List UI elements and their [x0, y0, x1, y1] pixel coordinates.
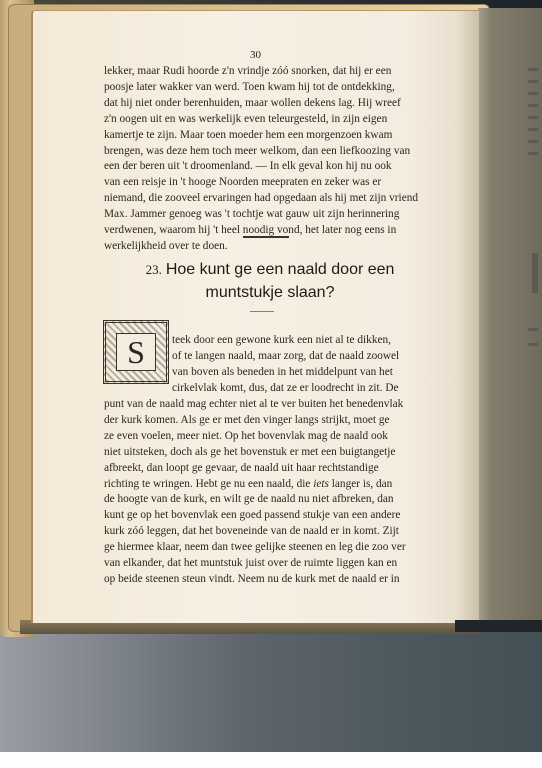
text-line: niet uitsteken, doch als ge het bovenstu…	[104, 445, 430, 461]
blur-mark	[528, 116, 538, 119]
blur-mark	[528, 152, 538, 155]
drop-cap-letter: S	[116, 333, 156, 371]
italic-word: iets	[313, 478, 329, 490]
blur-mark	[528, 128, 538, 131]
text-line-with-italic: richting te wringen. Hebt ge nu een naal…	[104, 477, 430, 493]
paragraph-2-indented: teek door een gewone kurk een niet al te…	[172, 333, 430, 397]
text-line: afbreekt, dan loopt ge gevaar, de naald …	[104, 461, 430, 477]
paragraph-2: punt van de naald mag echter niet al te …	[104, 397, 430, 588]
text-line: kurk zóó leggen, dat het boveneinde van …	[104, 524, 430, 540]
section-title-2: muntstukje slaan?	[110, 281, 430, 304]
facing-page-blur	[478, 8, 542, 624]
scan-background: 30 lekker, maar Rudi hoorde z'n vrindje …	[0, 0, 542, 752]
text-line: poosje later wakker van werd. Toen kwam …	[104, 80, 430, 96]
blur-mark	[528, 140, 538, 143]
ornamental-drop-cap: S	[103, 320, 169, 384]
text-line: niemand, die zooveel ervaringen had opge…	[104, 191, 430, 207]
text-span: richting te wringen. Hebt ge nu een naal…	[104, 478, 313, 490]
page-number: 30	[250, 49, 261, 61]
text-line: kunt ge op het bovenvlak een goed passen…	[104, 508, 430, 524]
bottom-shadow	[455, 620, 542, 632]
text-line: ze even voelen, meer niet. Op het bovenv…	[104, 429, 430, 445]
blur-mark	[528, 328, 538, 331]
text-line: teek door een gewone kurk een niet al te…	[172, 333, 430, 349]
text-line: lekker, maar Rudi hoorde z'n vrindje zóó…	[104, 64, 430, 80]
text-line: punt van de naald mag echter niet al te …	[104, 397, 430, 413]
blur-mark	[532, 253, 538, 293]
text-line: Max. Jammer genoeg was 't tochtje wat ga…	[104, 207, 430, 223]
blur-mark	[528, 80, 538, 83]
text-line: z'n oogen uit en was werkelijk even tele…	[104, 112, 430, 128]
text-line: dat hij niet onder berenhuiden, maar wol…	[104, 96, 430, 112]
text-line: de hoogte van de kurk, en wilt ge de naa…	[104, 492, 430, 508]
paragraph-1: lekker, maar Rudi hoorde z'n vrindje zóó…	[104, 64, 430, 255]
text-line: der kurk komen. Als ge er met den vinger…	[104, 413, 430, 429]
text-line: kamertje te zijn. Maar toen moeder hem e…	[104, 128, 430, 144]
section-number: 23.	[146, 262, 162, 277]
text-line: cirkelvlak komt, dus, dat ze er loodrech…	[172, 381, 430, 397]
section-title-1: Hoe kunt ge een naald door een	[166, 261, 395, 278]
section-heading: 23.Hoe kunt ge een naald door een muntst…	[110, 258, 430, 304]
text-line: ge hiermee klaar, neem dan twee gelijke …	[104, 540, 430, 556]
heading-underline	[250, 311, 274, 312]
blur-mark	[528, 68, 538, 71]
text-line: van een reisje in 't hooge Noorden meepr…	[104, 175, 430, 191]
text-line: van elkander, dat het muntstuk juist ove…	[104, 556, 430, 572]
text-line: van boven als beneden in het middelpunt …	[172, 365, 430, 381]
section-divider	[243, 236, 289, 238]
text-line: een der beren uit 't droomenland. — In e…	[104, 159, 430, 175]
bottom-margin	[0, 752, 542, 768]
text-line: brengen, was deze hem toch meer welkom, …	[104, 144, 430, 160]
heading-line-1: 23.Hoe kunt ge een naald door een	[110, 258, 430, 281]
blur-mark	[528, 343, 538, 346]
text-line: op beide steenen steun vindt. Neem nu de…	[104, 572, 430, 588]
blur-mark	[528, 92, 538, 95]
text-span: langer is, dan	[329, 478, 392, 490]
text-line: werkelijkheid over te doen.	[104, 239, 430, 255]
text-line: of te langen naald, maar zorg, dat de na…	[172, 349, 430, 365]
blur-mark	[528, 104, 538, 107]
